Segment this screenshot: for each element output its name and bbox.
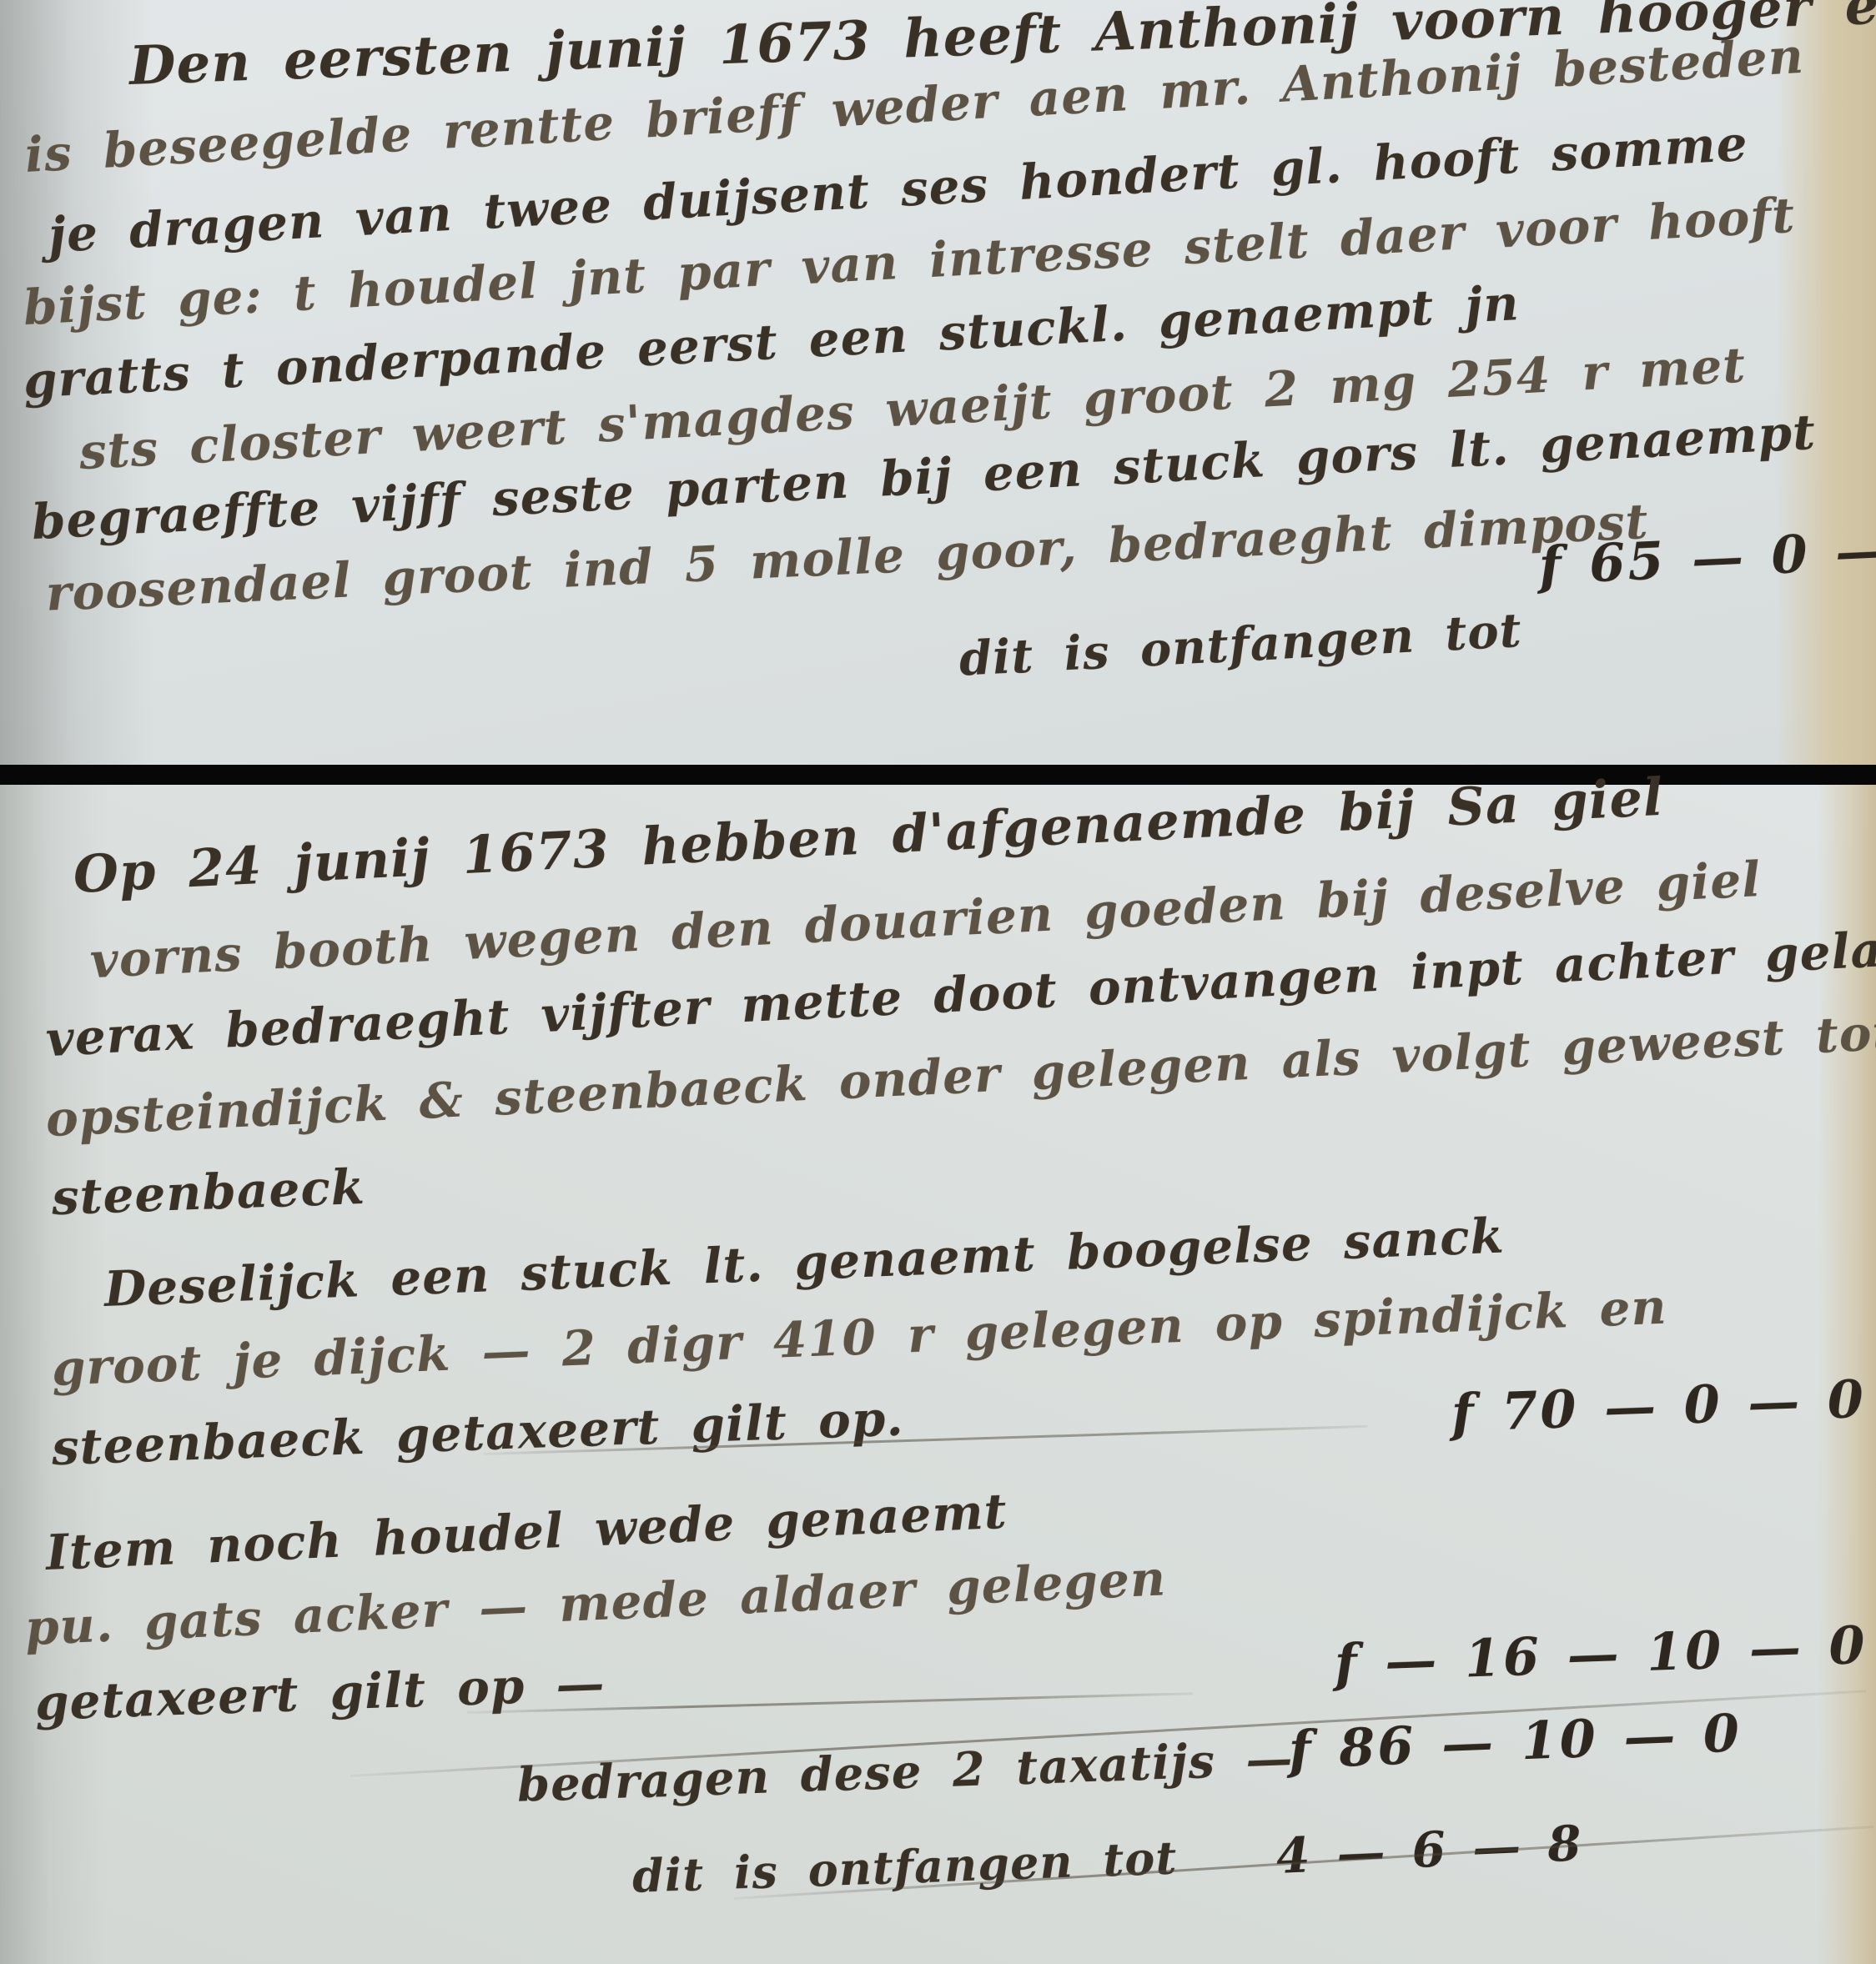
manuscript-page: Den eersten junij 1673 heeft Anthonij vo… [0, 0, 1876, 1964]
handwritten-line: steenbaeck [51, 1158, 366, 1226]
